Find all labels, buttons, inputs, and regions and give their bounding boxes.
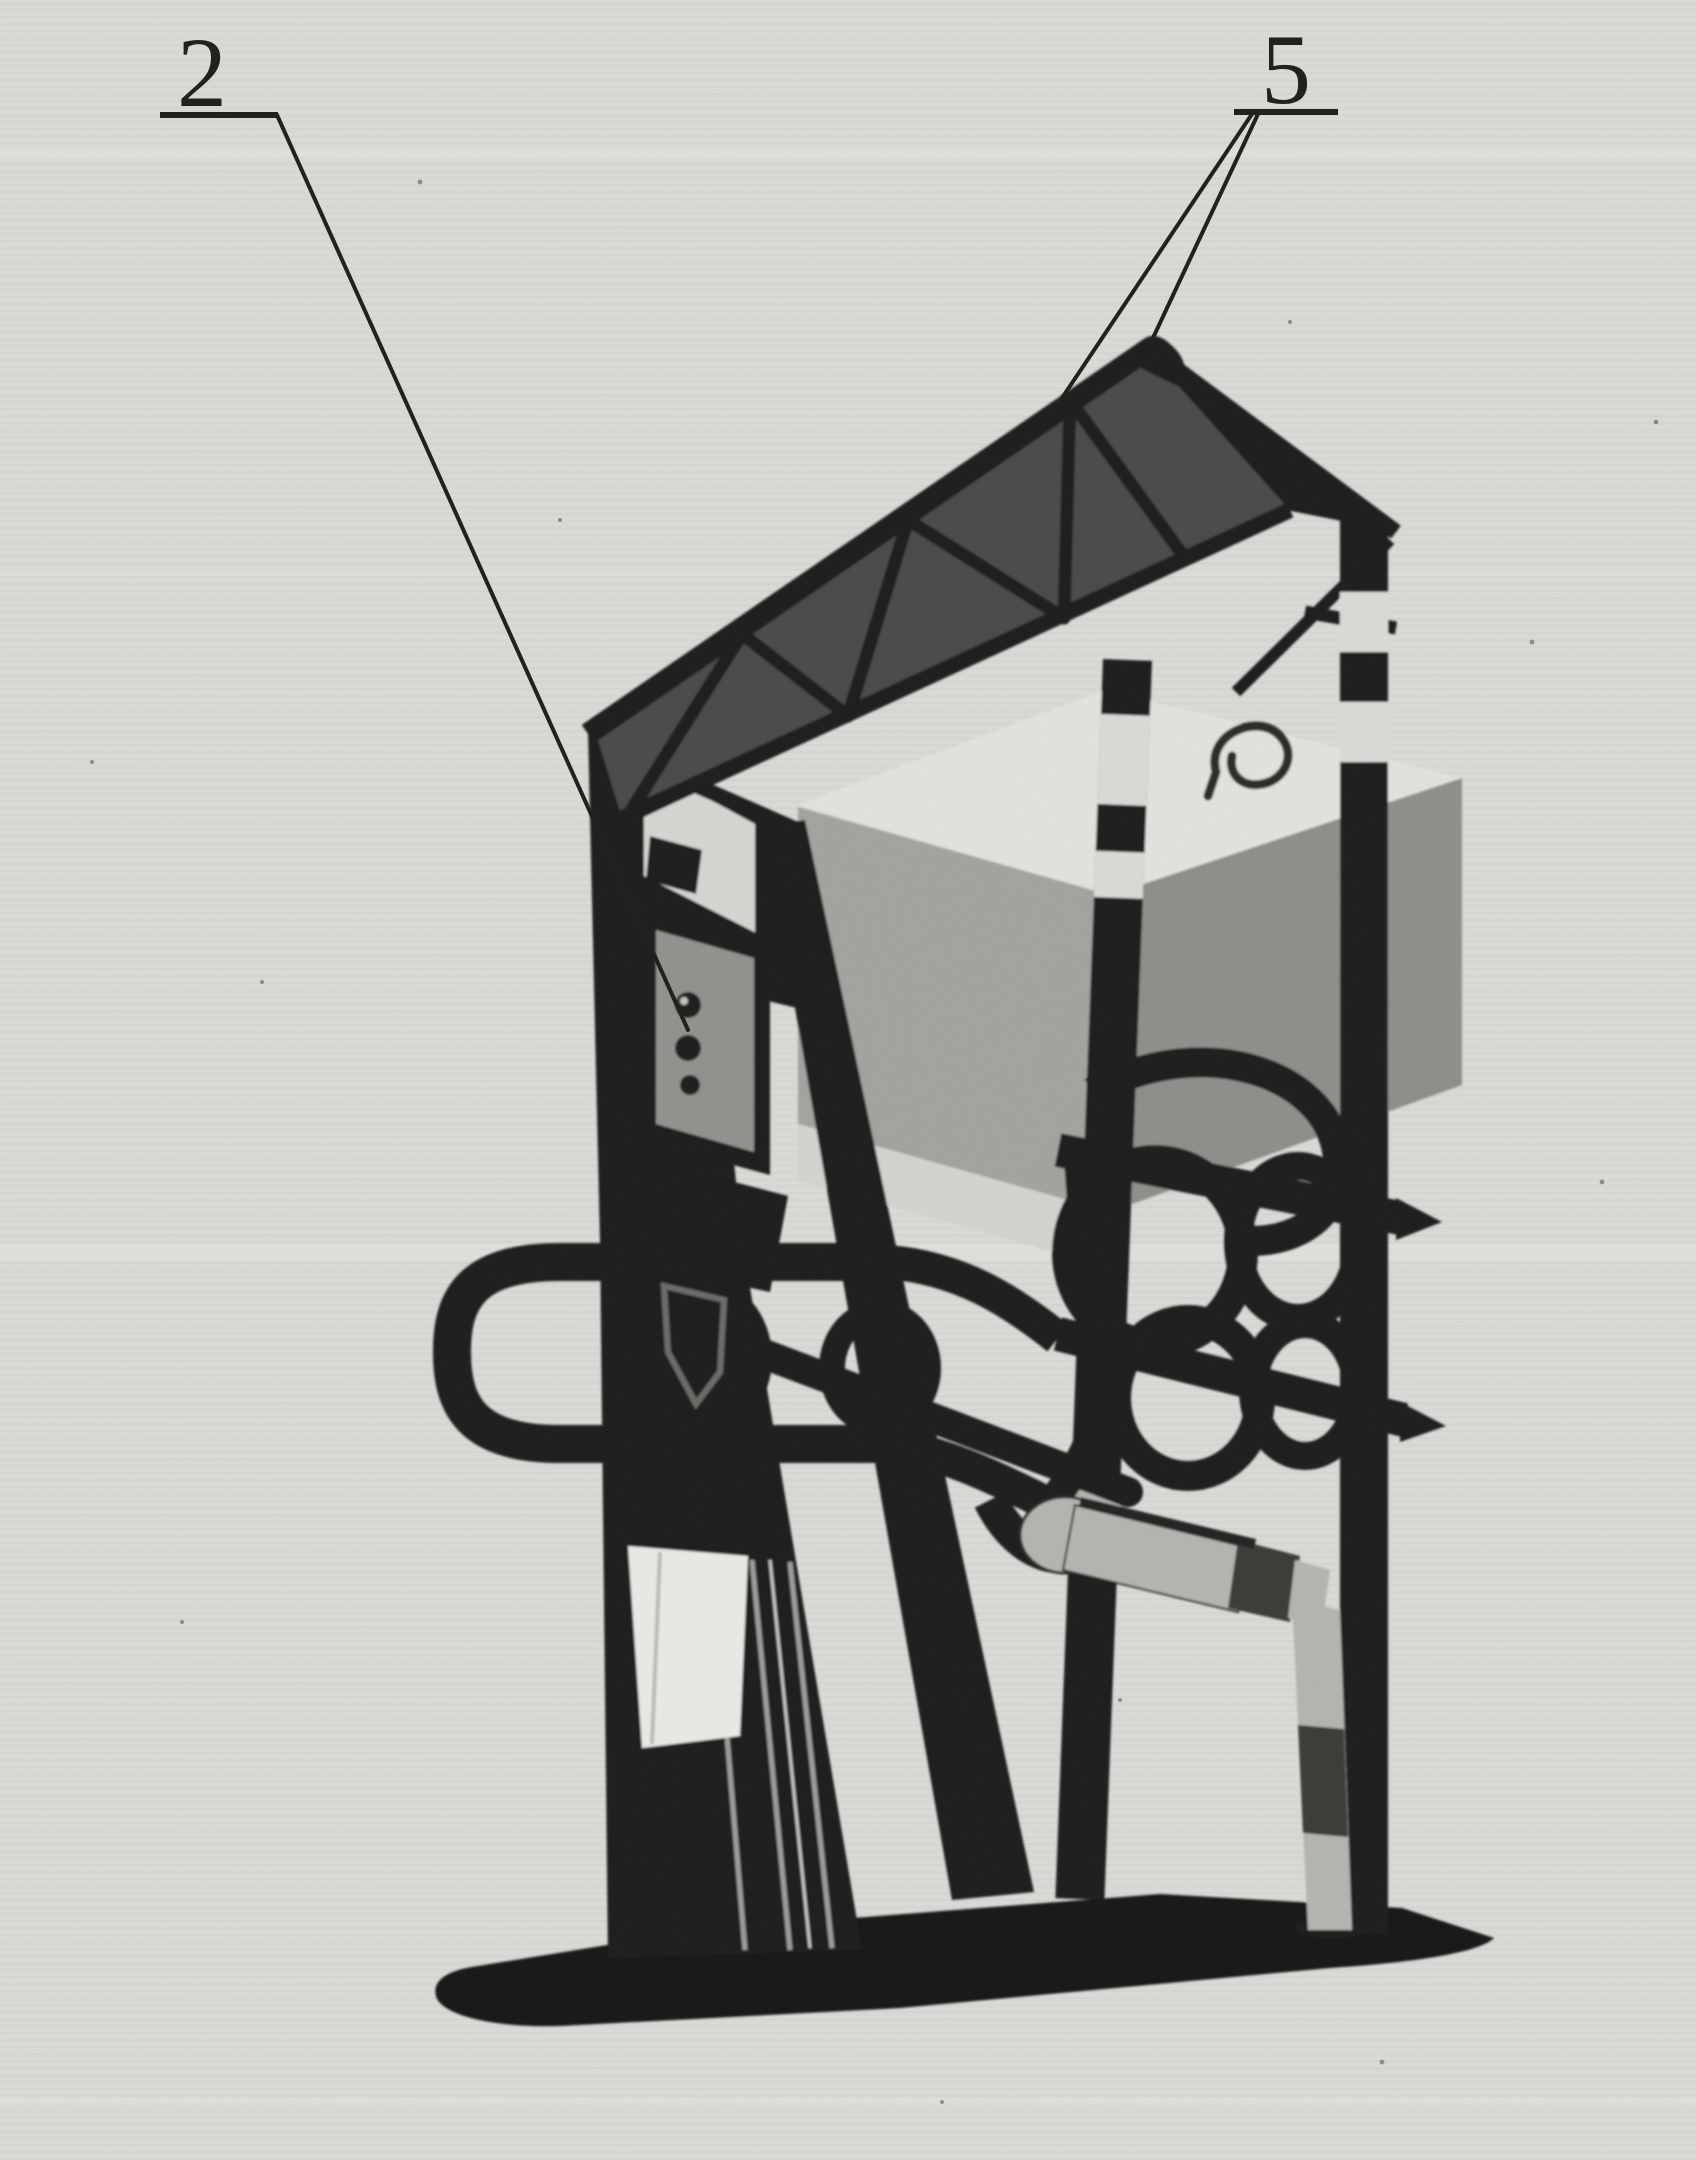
paper-grain	[0, 0, 1696, 2160]
figure-drawing: 2 5	[0, 0, 1696, 2160]
figure-canvas: 2 5	[0, 0, 1696, 2160]
